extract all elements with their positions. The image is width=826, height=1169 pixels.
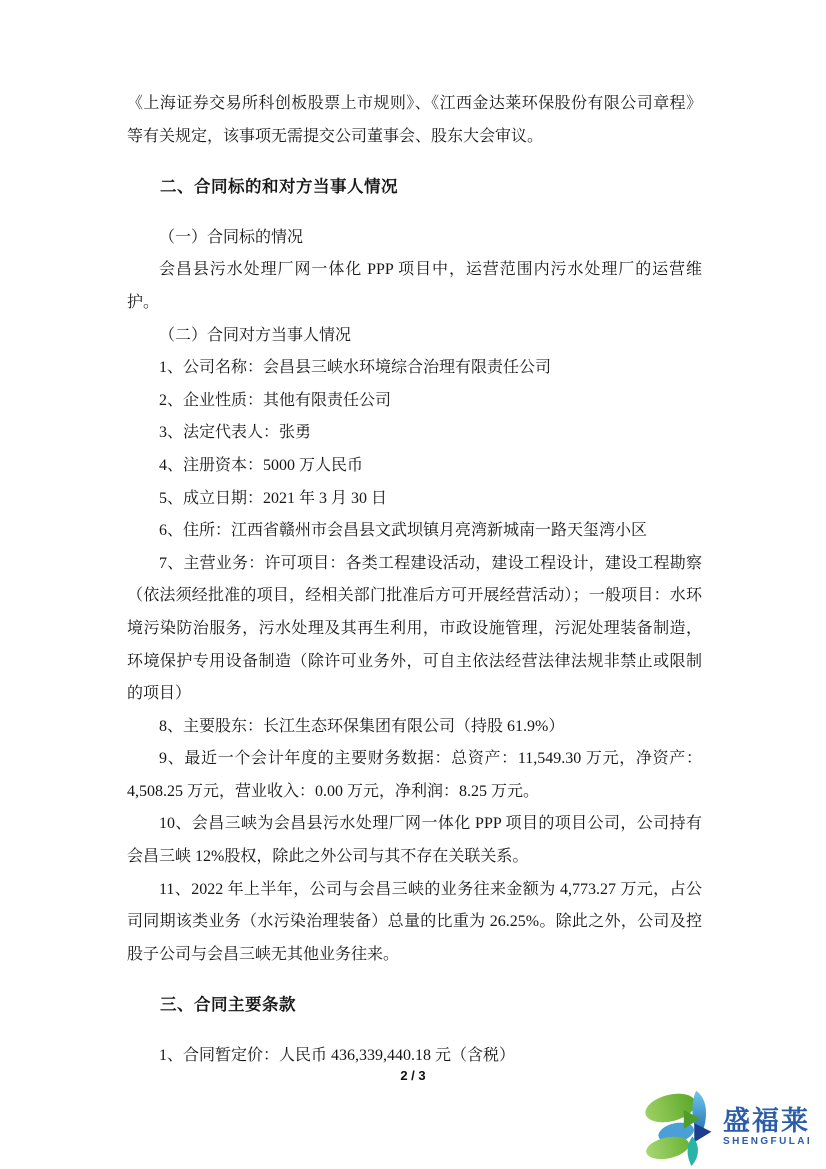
paragraph: 会昌县污水处理厂网一体化 PPP 项目中，运营范围内污水处理厂的运营维护。 xyxy=(127,254,702,319)
paragraph: 5、成立日期：2021 年 3 月 30 日 xyxy=(127,483,702,516)
page-number: 2 / 3 xyxy=(0,1068,826,1083)
logo-text: 盛福莱 SHENGFULAI xyxy=(723,1106,812,1148)
paragraph: 7、主营业务：许可项目：各类工程建设活动，建设工程设计，建设工程勘察（依法须经批… xyxy=(127,548,702,711)
paragraph: 1、公司名称：会昌县三峡水环境综合治理有限责任公司 xyxy=(127,352,702,385)
document-body: 《上海证券交易所科创板股票上市规则》、《江西金达莱环保股份有限公司章程》等有关规… xyxy=(127,88,702,1073)
paragraph: 9、最近一个会计年度的主要财务数据：总资产：11,549.30 万元，净资产：4… xyxy=(127,743,702,808)
paragraph: （二）合同对方当事人情况 xyxy=(127,320,702,353)
paragraph: 《上海证券交易所科创板股票上市规则》、《江西金达莱环保股份有限公司章程》等有关规… xyxy=(127,88,702,153)
paragraph: 3、法定代表人：张勇 xyxy=(127,417,702,450)
logo-company-name: 盛福莱 xyxy=(723,1106,812,1136)
logo-mark-icon xyxy=(642,1087,718,1167)
paragraph: 8、主要股东：长江生态环保集团有限公司（持股 61.9%） xyxy=(127,711,702,744)
paragraph: 6、住所：江西省赣州市会昌县文武坝镇月亮湾新城南一路天玺湾小区 xyxy=(127,515,702,548)
document-page: 《上海证券交易所科创板股票上市规则》、《江西金达莱环保股份有限公司章程》等有关规… xyxy=(0,0,826,1169)
company-logo: 盛福莱 SHENGFULAI xyxy=(642,1087,812,1167)
section-heading: 二、合同标的和对方当事人情况 xyxy=(127,171,702,204)
paragraph: 2、企业性质：其他有限责任公司 xyxy=(127,385,702,418)
paragraph: 10、会昌三峡为会昌县污水处理厂网一体化 PPP 项目的项目公司，公司持有会昌三… xyxy=(127,808,702,873)
section-heading: 三、合同主要条款 xyxy=(127,989,702,1022)
paragraph: 11、2022 年上半年，公司与会昌三峡的业务往来金额为 4,773.27 万元… xyxy=(127,874,702,972)
paragraph: （一）合同标的情况 xyxy=(127,222,702,255)
paragraph: 4、注册资本：5000 万人民币 xyxy=(127,450,702,483)
logo-company-name-latin: SHENGFULAI xyxy=(723,1136,812,1148)
